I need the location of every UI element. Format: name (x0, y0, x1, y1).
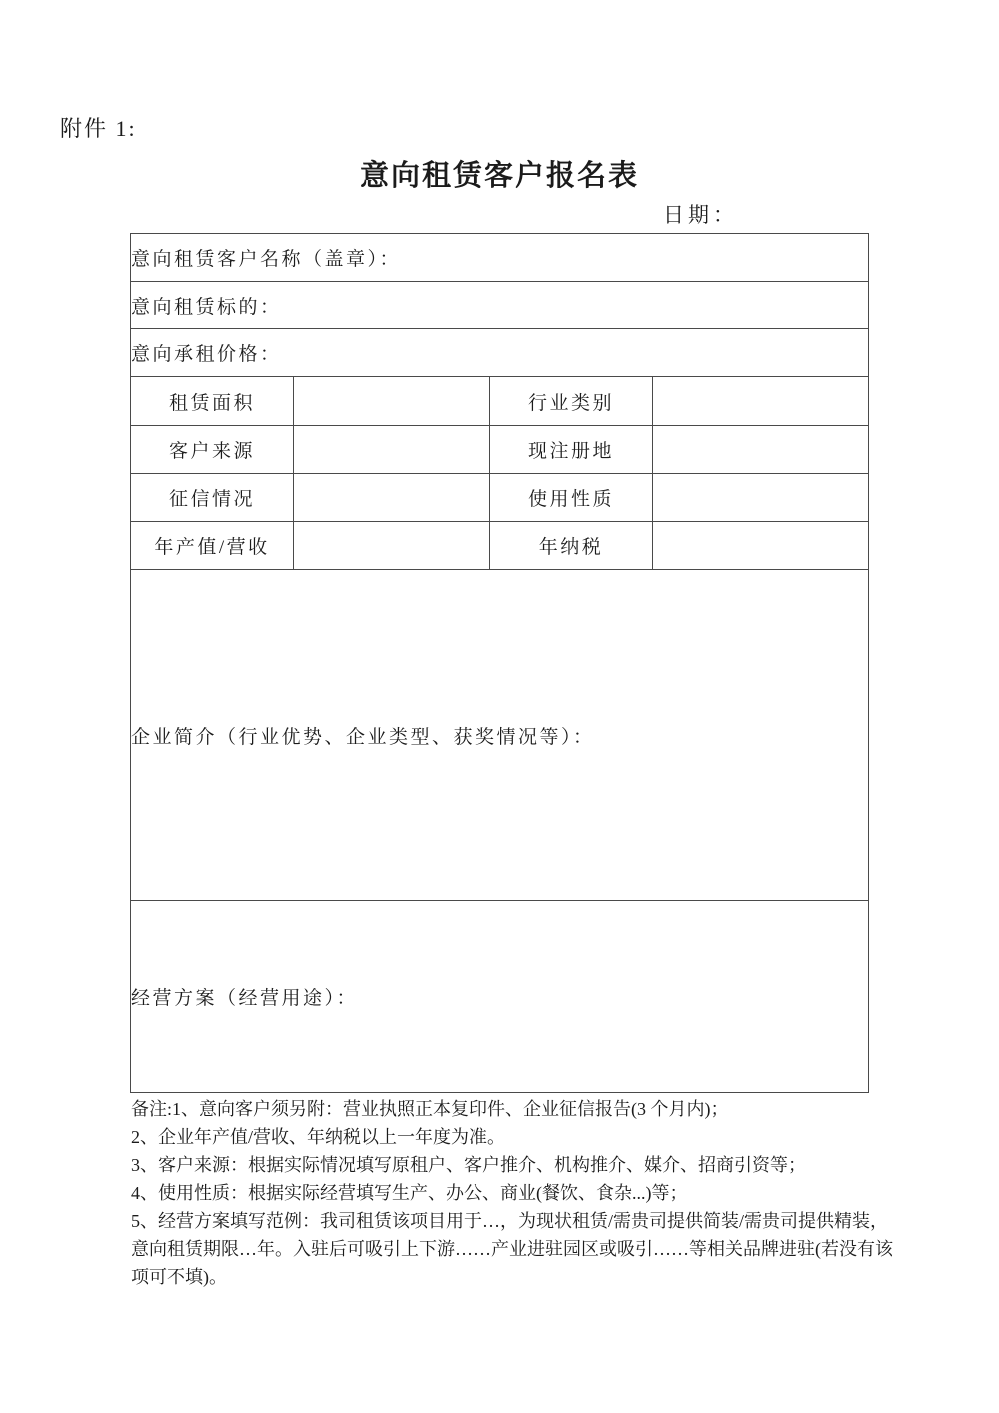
company-profile-row: 企业简介（行业优势、企业类型、获奖情况等）： (131, 570, 869, 901)
registration-form-table: 意向租赁客户名称（盖章）： 意向租赁标的： 意向承租价格： 租赁面积 行业类别 … (130, 233, 869, 1093)
table-row: 客户来源 现注册地 (131, 426, 869, 474)
annual-tax-value-cell (653, 522, 869, 570)
registered-address-value-cell (653, 426, 869, 474)
industry-category-value-cell (653, 377, 869, 426)
annual-output-value-cell (294, 522, 490, 570)
lease-price-row: 意向承租价格： (131, 329, 869, 377)
business-plan-label: 经营方案（经营用途）： (131, 901, 869, 1093)
remark-line-1: 备注:1、意向客户须另附：营业执照正本复印件、企业征信报告(3 个月内)； (131, 1095, 891, 1123)
page-title: 意向租赁客户报名表 (0, 153, 999, 194)
table-row: 租赁面积 行业类别 (131, 377, 869, 426)
client-name-row: 意向租赁客户名称（盖章）： (131, 234, 869, 282)
customer-source-label: 客户来源 (131, 426, 294, 474)
remarks-block: 备注:1、意向客户须另附：营业执照正本复印件、企业征信报告(3 个月内)； 2、… (131, 1095, 891, 1291)
industry-category-label: 行业类别 (490, 377, 653, 426)
customer-source-value-cell (294, 426, 490, 474)
document-page: 附件 1: 意向租赁客户报名表 日期： 意向租赁客户名称（盖章）： 意向租赁标的… (0, 0, 999, 1413)
registered-address-label: 现注册地 (490, 426, 653, 474)
lease-area-label: 租赁面积 (131, 377, 294, 426)
business-plan-row: 经营方案（经营用途）： (131, 901, 869, 1093)
lease-price-label: 意向承租价格： (131, 329, 869, 377)
client-name-label: 意向租赁客户名称（盖章）： (131, 234, 869, 282)
annual-output-label: 年产值/营收 (131, 522, 294, 570)
remark-line-6: 意向租赁期限…年。入驻后可吸引上下游……产业进驻园区或吸引……等相关品牌进驻(若… (131, 1235, 891, 1263)
lease-area-value-cell (294, 377, 490, 426)
annual-tax-label: 年纳税 (490, 522, 653, 570)
lease-subject-label: 意向租赁标的： (131, 282, 869, 329)
usage-nature-label: 使用性质 (490, 474, 653, 522)
attachment-label: 附件 1: (60, 112, 137, 143)
usage-nature-value-cell (653, 474, 869, 522)
remark-line-5: 5、经营方案填写范例：我司租赁该项目用于…，为现状租赁/需贵司提供简装/需贵司提… (131, 1207, 891, 1235)
lease-subject-row: 意向租赁标的： (131, 282, 869, 329)
company-profile-label: 企业简介（行业优势、企业类型、获奖情况等）： (131, 570, 869, 901)
table-row: 征信情况 使用性质 (131, 474, 869, 522)
remark-line-4: 4、使用性质：根据实际经营填写生产、办公、商业(餐饮、食杂...)等； (131, 1179, 891, 1207)
table-row: 年产值/营收 年纳税 (131, 522, 869, 570)
remark-line-2: 2、企业年产值/营收、年纳税以上一年度为准。 (131, 1123, 891, 1151)
remark-line-3: 3、客户来源：根据实际情况填写原租户、客户推介、机构推介、媒介、招商引资等； (131, 1151, 891, 1179)
remark-line-7: 项可不填)。 (131, 1263, 891, 1291)
credit-status-value-cell (294, 474, 490, 522)
credit-status-label: 征信情况 (131, 474, 294, 522)
date-label: 日期： (663, 199, 738, 229)
